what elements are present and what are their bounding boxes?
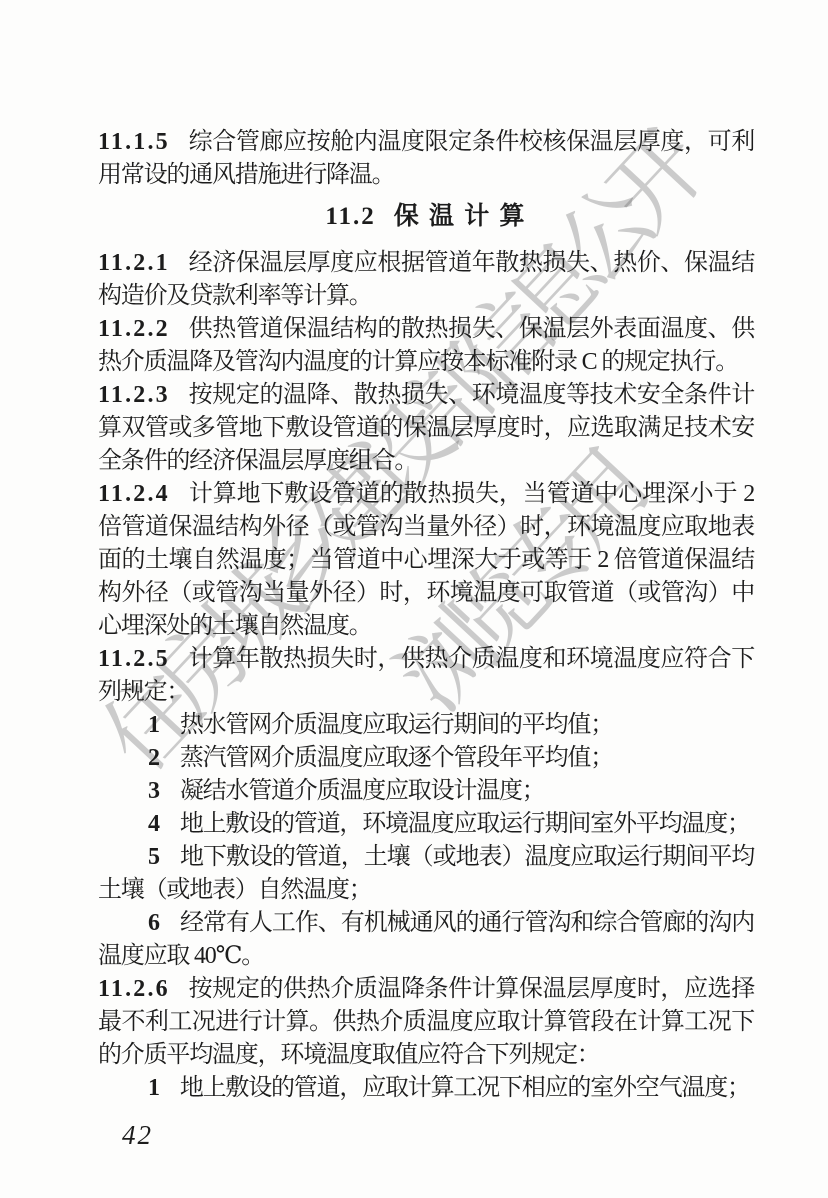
clause-text: 按规定的供热介质温降条件计算保温层厚度时，应选择最不利工况进行计算。供热介质温度… [98,976,754,1068]
list-item: 6经常有人工作、有机械通风的通行管沟和综合管廊的沟内温度应取 40℃。 [98,907,754,973]
clause-number: 11.2.6 [98,976,170,1002]
list-item: 5地下敷设的管道，土壤（或地表）温度应取运行期间平均土壤（或地表）自然温度； [98,841,754,907]
clause-number: 11.2.3 [98,382,170,408]
section-heading: 11.2保 温 计 算 [98,200,754,233]
clause-number: 11.1.5 [98,129,170,155]
list-item: 4地上敷设的管道，环境温度应取运行期间室外平均温度； [98,808,754,841]
list-item: 1热水管网介质温度应取运行期间的平均值； [98,709,754,742]
item-number: 5 [148,844,159,870]
section-heading-title: 保 温 计 算 [394,203,527,230]
page-content: 11.1.5综合管廊应按舱内温度限定条件校核保温层厚度，可利用常设的通风措施进行… [98,0,754,1105]
item-number: 1 [148,712,159,738]
clause-11-2-2: 11.2.2供热管道保温结构的散热损失、保温层外表面温度、供热介质温降及管沟内温… [98,313,754,379]
document-page: 住房城乡建设部信息公开 浏览专用 11.1.5综合管廊应按舱内温度限定条件校核保… [0,0,828,1198]
clause-number: 11.2.1 [98,250,170,276]
item-number: 3 [148,778,159,804]
clause-11-2-3: 11.2.3按规定的温降、散热损失、环境温度等技术安全条件计算双管或多管地下敷设… [98,379,754,478]
item-text: 热水管网介质温度应取运行期间的平均值； [180,712,613,738]
item-text: 地下敷设的管道，土壤（或地表）温度应取运行期间平均土壤（或地表）自然温度； [98,844,754,903]
page-number: 42 [122,1120,153,1151]
clause-text: 经济保温层厚度应根据管道年散热损失、热价、保温结构造价及贷款利率等计算。 [98,250,754,309]
item-number: 1 [148,1075,159,1101]
list-item: 1地上敷设的管道，应取计算工况下相应的室外空气温度； [98,1072,754,1105]
section-heading-number: 11.2 [325,203,375,230]
list-item: 3凝结水管道介质温度应取设计温度； [98,775,754,808]
clause-11-1-5: 11.1.5综合管廊应按舱内温度限定条件校核保温层厚度，可利用常设的通风措施进行… [98,126,754,192]
item-text: 凝结水管道介质温度应取设计温度； [180,778,545,804]
clause-number: 11.2.4 [98,481,170,507]
clause-text: 综合管廊应按舱内温度限定条件校核保温层厚度，可利用常设的通风措施进行降温。 [98,129,754,188]
clause-11-2-5: 11.2.5计算年散热损失时，供热介质温度和环境温度应符合下列规定： [98,643,754,709]
item-text: 地上敷设的管道，环境温度应取运行期间室外平均温度； [180,811,750,837]
list-item: 2蒸汽管网介质温度应取逐个管段年平均值； [98,742,754,775]
clause-number: 11.2.5 [98,646,170,672]
item-text: 蒸汽管网介质温度应取逐个管段年平均值； [180,745,613,771]
clause-text: 供热管道保温结构的散热损失、保温层外表面温度、供热介质温降及管沟内温度的计算应按… [98,316,754,375]
item-text: 地上敷设的管道，应取计算工况下相应的室外空气温度； [180,1075,750,1101]
clause-11-2-4: 11.2.4计算地下敷设管道的散热损失，当管道中心埋深小于 2 倍管道保温结构外… [98,478,754,643]
clause-11-2-6: 11.2.6按规定的供热介质温降条件计算保温层厚度时，应选择最不利工况进行计算。… [98,973,754,1072]
clause-text: 计算年散热损失时，供热介质温度和环境温度应符合下列规定： [98,646,754,705]
item-text: 经常有人工作、有机械通风的通行管沟和综合管廊的沟内温度应取 40℃。 [98,910,754,969]
clause-text: 计算地下敷设管道的散热损失，当管道中心埋深小于 2 倍管道保温结构外径（或管沟当… [98,481,754,639]
clause-11-2-1: 11.2.1经济保温层厚度应根据管道年散热损失、热价、保温结构造价及贷款利率等计… [98,247,754,313]
item-number: 2 [148,745,159,771]
clause-text: 按规定的温降、散热损失、环境温度等技术安全条件计算双管或多管地下敷设管道的保温层… [98,382,754,474]
clause-number: 11.2.2 [98,316,170,342]
item-number: 6 [148,910,159,936]
item-number: 4 [148,811,159,837]
